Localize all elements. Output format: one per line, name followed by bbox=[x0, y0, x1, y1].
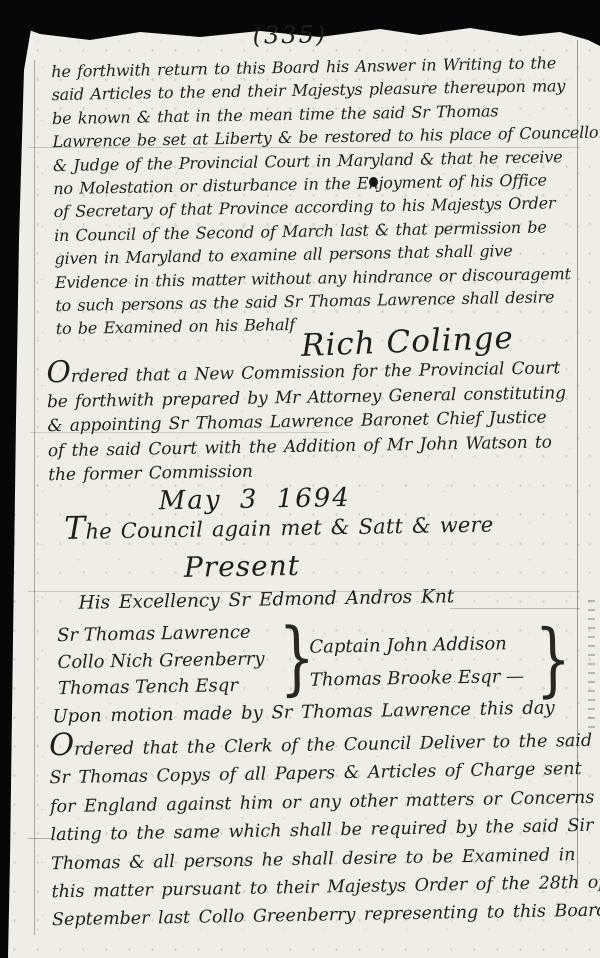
text-line: Sr Thomas Lawrence bbox=[57, 619, 264, 649]
present-heading: Present bbox=[184, 549, 301, 584]
attendees-right-column: Captain John AddisonThomas Brooke Esqr — bbox=[309, 627, 524, 697]
date-heading: May 3 1694 bbox=[159, 483, 352, 516]
text-line: Collo Nich Greenberry bbox=[57, 646, 264, 676]
text-line: Captain John Addison bbox=[309, 627, 524, 664]
paragraph-deliver-papers-order: Ordered that the Clerk of the Council De… bbox=[49, 726, 600, 935]
motion-line: Upon motion made by Sr Thomas Lawrence t… bbox=[52, 697, 555, 727]
manuscript-text: (335) he forthwith return to this Board … bbox=[0, 0, 600, 958]
excellency-line: His Excellency Sr Edmond Andros Knt bbox=[78, 586, 454, 614]
text-line: Thomas Brooke Esqr — bbox=[310, 660, 525, 697]
paragraph-answer-order: he forthwith return to this Board his An… bbox=[51, 50, 600, 340]
council-met-line: The Council again met & Satt & were bbox=[64, 512, 494, 543]
text-line: Thomas Tench Esqr bbox=[58, 672, 265, 702]
manuscript-scan: (335) he forthwith return to this Board … bbox=[0, 0, 600, 958]
attendees-list: Sr Thomas LawrenceCollo Nich GreenberryT… bbox=[57, 614, 567, 623]
page-number: (335) bbox=[252, 20, 327, 49]
paragraph-new-commission-order: Ordered that a New Commission for the Pr… bbox=[46, 356, 567, 488]
attendees-left-column: Sr Thomas LawrenceCollo Nich GreenberryT… bbox=[57, 619, 265, 702]
brace-right: } bbox=[534, 612, 571, 706]
